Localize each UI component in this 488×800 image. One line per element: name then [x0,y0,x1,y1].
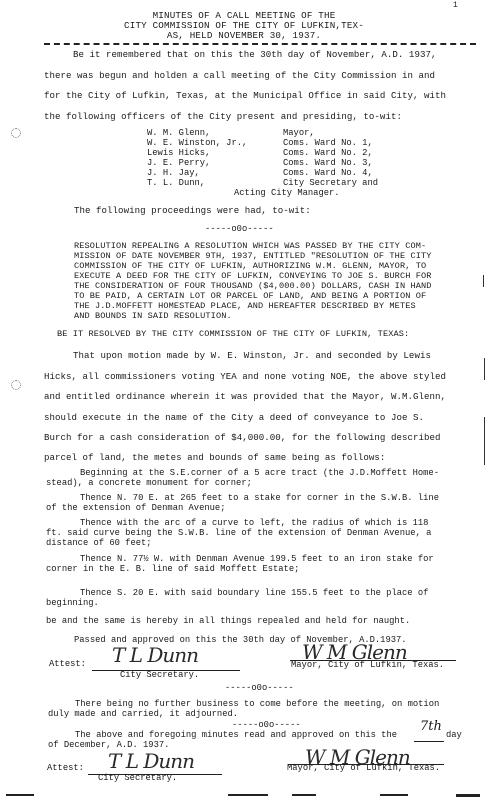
proceedings-intro: The following proceedings were had, to-w… [74,205,311,216]
motion-line-5: Burch for a cash consideration of $4,000… [44,432,441,443]
attest-label: Attest: [49,660,86,670]
repeal-line: be and the same is hereby in all things … [46,617,410,627]
resolution-heading-line: EXECUTE A DEED FOR THE CITY OF LUFKIN, C… [74,272,431,281]
intro-line-2: there was begun and holden a call meetin… [44,70,435,81]
motion-line-2: Hicks, all commissioners voting YEA and … [44,371,446,382]
separator: -----o0o----- [205,225,274,235]
separator: -----o0o----- [225,684,294,694]
punch-hole-mark [11,380,21,390]
adjourn-line-2: duly made and carried, it adjourned. [48,710,238,720]
metes-line: Thence S. 20 E. with said boundary line … [80,589,428,599]
intro-line-4: the following officers of the City prese… [44,111,402,122]
corner-mark: 1 [453,1,458,10]
resolution-heading-line: THE J.D.MOFFETT HOMESTEAD PLACE, AND HER… [74,302,416,311]
approval-day-handwritten: 7th [420,719,442,734]
secretary-signature: T L Dunn [112,643,198,667]
scan-artifact [456,794,480,797]
officer-title-continuation: Acting City Manager. [234,189,340,199]
metes-line: corner in the E. B. line of said Moffett… [46,565,299,575]
motion-line-3: and entitled ordinance wherein it was pr… [44,391,446,402]
metes-line: stead), a concrete monument for corner; [46,479,252,489]
motion-line-6: parcel of land, the metes and bounds of … [44,452,385,463]
margin-mark [484,417,485,465]
secretary-signature: T L Dunn [108,749,194,773]
motion-line-1: That upon motion made by W. E. Winston, … [73,350,431,361]
document-page: MINUTES OF A CALL MEETING OF THE CITY CO… [0,0,488,800]
metes-line: distance of 60 feet; [46,539,152,549]
margin-mark [483,275,484,287]
secretary-caption: City Secretary. [98,774,177,784]
margin-mark [484,358,485,380]
title-divider [44,43,476,45]
title-line-3: AS, HELD NOVEMBER 30, 1937. [0,31,488,41]
scan-artifact [6,794,34,796]
resolution-heading-line: AND BOUNDS IN SAID RESOLUTION. [74,312,232,321]
motion-line-4: should execute in the name of the City a… [44,412,424,423]
resolution-heading-line: MISSION OF DATE NOVEMBER 9TH, 1937, ENTI… [74,252,431,261]
scan-artifact [292,794,316,796]
resolution-heading-line: RESOLUTION REPEALING A RESOLUTION WHICH … [74,242,426,251]
be-it-resolved: BE IT RESOLVED BY THE CITY COMMISSION OF… [57,330,409,339]
scan-artifact [380,794,408,796]
approval-day-word: day [446,731,462,741]
resolution-heading-line: COMMISSION OF THE CITY OF LUFKIN, AUTHOR… [74,262,426,271]
attest-label: Attest: [47,764,84,774]
punch-hole-mark [11,128,21,138]
metes-line: of the extension of Denman Avenue; [46,504,226,514]
approval-day-line [414,741,444,742]
intro-line-1: Be it remembered that on this the 30th d… [73,49,436,60]
officer-name: T. L. Dunn, [147,179,205,189]
mayor-caption: Mayor, City of Lufkin, Texas. [287,764,440,774]
resolution-heading-line: THE CONSIDERATION OF FOUR THOUSAND ($4,0… [74,282,431,291]
mayor-caption: Mayor, City of Lufkin, Texas. [291,661,444,671]
intro-line-3: for the City of Lufkin, Texas, at the Mu… [44,90,446,101]
metes-line: beginning. [46,599,99,609]
secretary-caption: City Secretary. [120,671,199,681]
scan-artifact [228,794,268,796]
resolution-heading-line: TO BE PAID, A CERTAIN LOT OR PARCEL OF L… [74,292,426,301]
